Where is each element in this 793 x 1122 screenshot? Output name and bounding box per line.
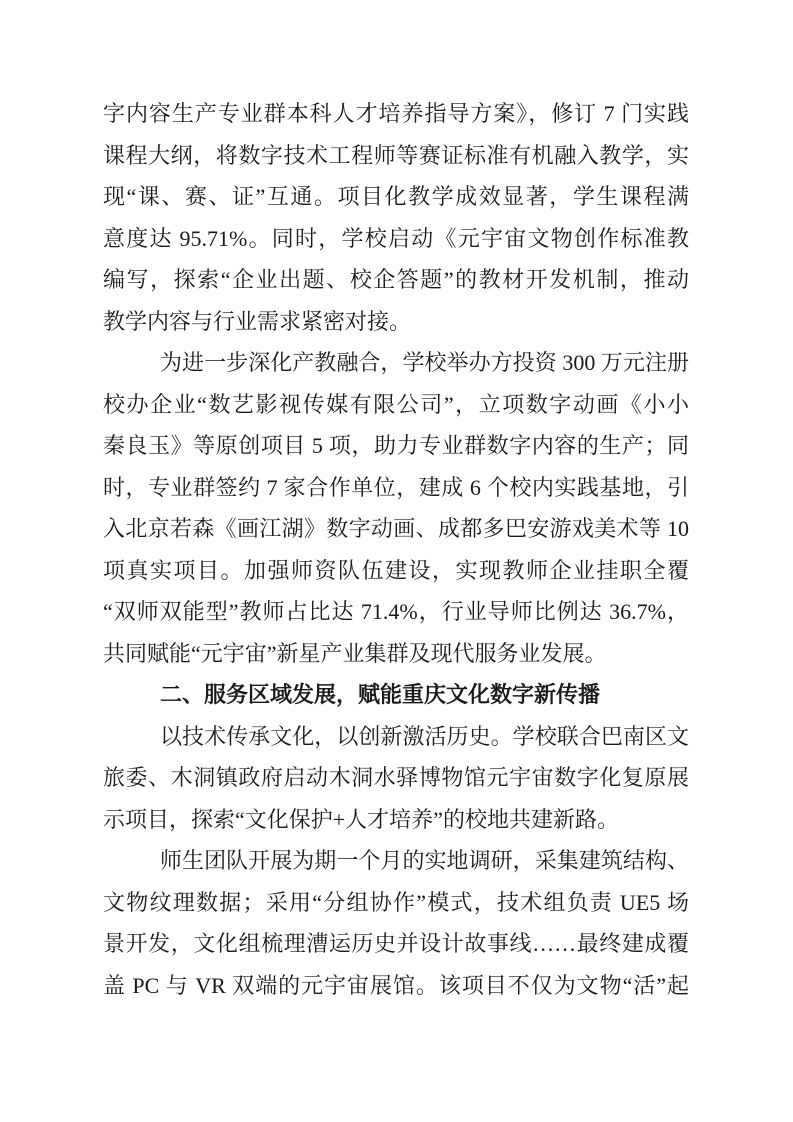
text-line: 共同赋能“元宇宙”新星产业集群及现代服务业发展。 <box>103 633 689 675</box>
paragraph-1: 字内容生产专业群本科人才培养指导方案》，修订 7 门实践 课程大纲，将数字技术工… <box>103 93 689 342</box>
text-line: 以技术传承文化，以创新激活历史。学校联合巴南区文 <box>103 716 689 758</box>
paragraph-3: 以技术传承文化，以创新激活历史。学校联合巴南区文 旅委、木洞镇政府启动木洞水驿博… <box>103 716 689 841</box>
text-line: 旅委、木洞镇政府启动木洞水驿博物馆元宇宙数字化复原展 <box>103 757 689 799</box>
text-line: 秦良玉》等原创项目 5 项，助力专业群数字内容的生产；同 <box>103 425 689 467</box>
paragraph-4: 师生团队开展为期一个月的实地调研，采集建筑结构、 文物纹理数据；采用“分组协作”… <box>103 840 689 1006</box>
text-line: 为进一步深化产教融合，学校举办方投资 300 万元注册 <box>103 342 689 384</box>
section-heading-2: 二、服务区域发展，赋能重庆文化数字新传播 <box>103 674 689 716</box>
text-line: 盖 PC 与 VR 双端的元宇宙展馆。该项目不仅为文物“活”起 <box>103 965 689 1007</box>
text-line: 师生团队开展为期一个月的实地调研，采集建筑结构、 <box>103 840 689 882</box>
text-line: 项真实项目。加强师资队伍建设，实现教师企业挂职全覆盖， <box>103 550 689 592</box>
paragraph-2: 为进一步深化产教融合，学校举办方投资 300 万元注册 校办企业“数艺影视传媒有… <box>103 342 689 674</box>
text-line: 景开发，文化组梳理漕运历史并设计故事线……最终建成覆 <box>103 923 689 965</box>
text-line: 字内容生产专业群本科人才培养指导方案》，修订 7 门实践 <box>103 93 689 135</box>
text-line: “双师双能型”教师占比达 71.4%，行业导师比例达 36.7%， <box>103 591 689 633</box>
text-line: 示项目，探索“文化保护+人才培养”的校地共建新路。 <box>103 799 689 841</box>
section-heading-text: 二、服务区域发展，赋能重庆文化数字新传播 <box>103 674 689 716</box>
document-page: 字内容生产专业群本科人才培养指导方案》，修订 7 门实践 课程大纲，将数字技术工… <box>0 0 793 1122</box>
text-line: 意度达 95.71%。同时，学校启动《元宇宙文物创作标准教材》 <box>103 218 689 260</box>
text-line: 文物纹理数据；采用“分组协作”模式，技术组负责 UE5 场 <box>103 882 689 924</box>
document-content: 字内容生产专业群本科人才培养指导方案》，修订 7 门实践 课程大纲，将数字技术工… <box>103 93 689 1006</box>
text-line: 教学内容与行业需求紧密对接。 <box>103 301 689 343</box>
text-line: 课程大纲，将数字技术工程师等赛证标准有机融入教学，实 <box>103 135 689 177</box>
text-line: 编写，探索“企业出题、校企答题”的教材开发机制，推动 <box>103 259 689 301</box>
text-line: 时，专业群签约 7 家合作单位，建成 6 个校内实践基地，引 <box>103 467 689 509</box>
text-line: 校办企业“数艺影视传媒有限公司”，立项数字动画《小小 <box>103 384 689 426</box>
text-line: 入北京若森《画江湖》数字动画、成都多巴安游戏美术等 10 <box>103 508 689 550</box>
text-line: 现“课、赛、证”互通。项目化教学成效显著，学生课程满 <box>103 176 689 218</box>
